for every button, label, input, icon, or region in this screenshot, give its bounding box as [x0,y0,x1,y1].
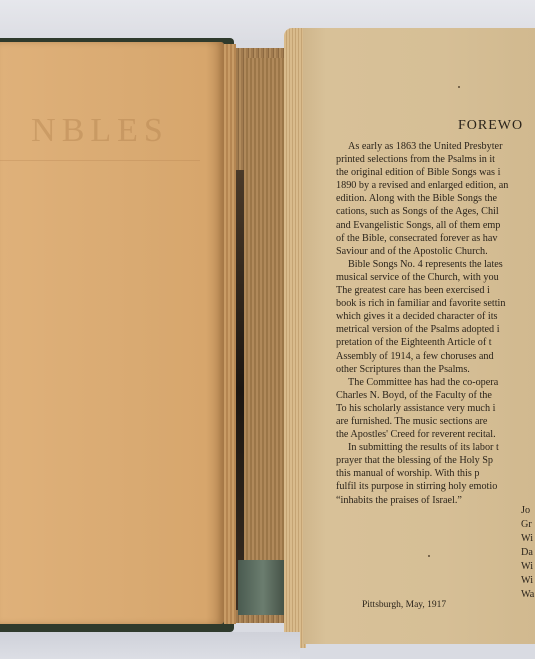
ghost-offset-title: NBLES [0,112,200,150]
text-line: and Evangelistic Songs, all of them emp [336,219,535,232]
page-title: FOREWO [458,118,523,134]
place-and-date: Pittsburgh, May, 1917 [362,600,446,610]
text-line: Bible Songs No. 4 represents the lates [336,258,535,271]
signature-name: Da [521,546,534,560]
spine-mull-cloth [244,58,284,574]
spine-cloth-remnant [238,560,288,615]
ghost-offset-rule [0,160,200,161]
foreword-paragraph-1: As early as 1863 the United Presbyter pr… [336,140,535,507]
text-line: To his scholarly assistance very much i [336,402,535,415]
signature-name: Gr [521,518,534,532]
text-line: The greatest care has been exercised i [336,284,535,297]
signature-name: Jo [521,504,534,518]
committee-signatures: Jo Gr Wi Da Wi Wi Wa [521,504,534,602]
text-line: cations, such as Songs of the Ages, Chil [336,205,535,218]
text-line: In submitting the results of its labor t [336,441,535,454]
left-page-edges [224,44,236,624]
text-line: Saviour and of the Apostolic Church. [336,245,535,258]
left-endpaper: NBLES [0,42,224,624]
text-line: metrical version of the Psalms adopted i [336,323,535,336]
signature-name: Wi [521,560,534,574]
text-line: printed selections from the Psalms in it [336,153,535,166]
paper-speck [458,86,460,88]
text-line: musical service of the Church, with you [336,271,535,284]
text-line: which gives it a decided character of it… [336,310,535,323]
table-surface-bottom [0,632,300,659]
text-line: As early as 1863 the United Presbyter [336,140,535,153]
signature-name: Wa [521,588,534,602]
text-line: 1890 by a revised and enlarged edition, … [336,179,535,192]
text-line: the Apostles' Creed for reverent recital… [336,428,535,441]
text-line: book is rich in familiar and favorite se… [336,297,535,310]
text-line: this manual of worship. With this p [336,467,535,480]
text-line: Assembly of 1914, a few choruses and [336,350,535,363]
text-line: The Committee has had the co-opera [336,376,535,389]
text-line: other Scriptures than the Psalms. [336,363,535,376]
text-line: edition. Along with the Bible Songs the [336,192,535,205]
signature-name: Wi [521,532,534,546]
signature-name: Wi [521,574,534,588]
text-line: prayer that the blessing of the Holy Sp [336,454,535,467]
text-line: are furnished. The music sections are [336,415,535,428]
text-line: pretation of the Eighteenth Article of t [336,336,535,349]
text-line: “inhabits the praises of Israel.” [336,494,535,507]
text-line: Charles N. Boyd, of the Faculty of the [336,389,535,402]
text-line: the original edition of Bible Songs was … [336,166,535,179]
paper-speck [428,555,430,557]
text-line: of the Bible, consecrated forever as hav [336,232,535,245]
text-line: fulfil its purpose in stirring holy emot… [336,480,535,493]
